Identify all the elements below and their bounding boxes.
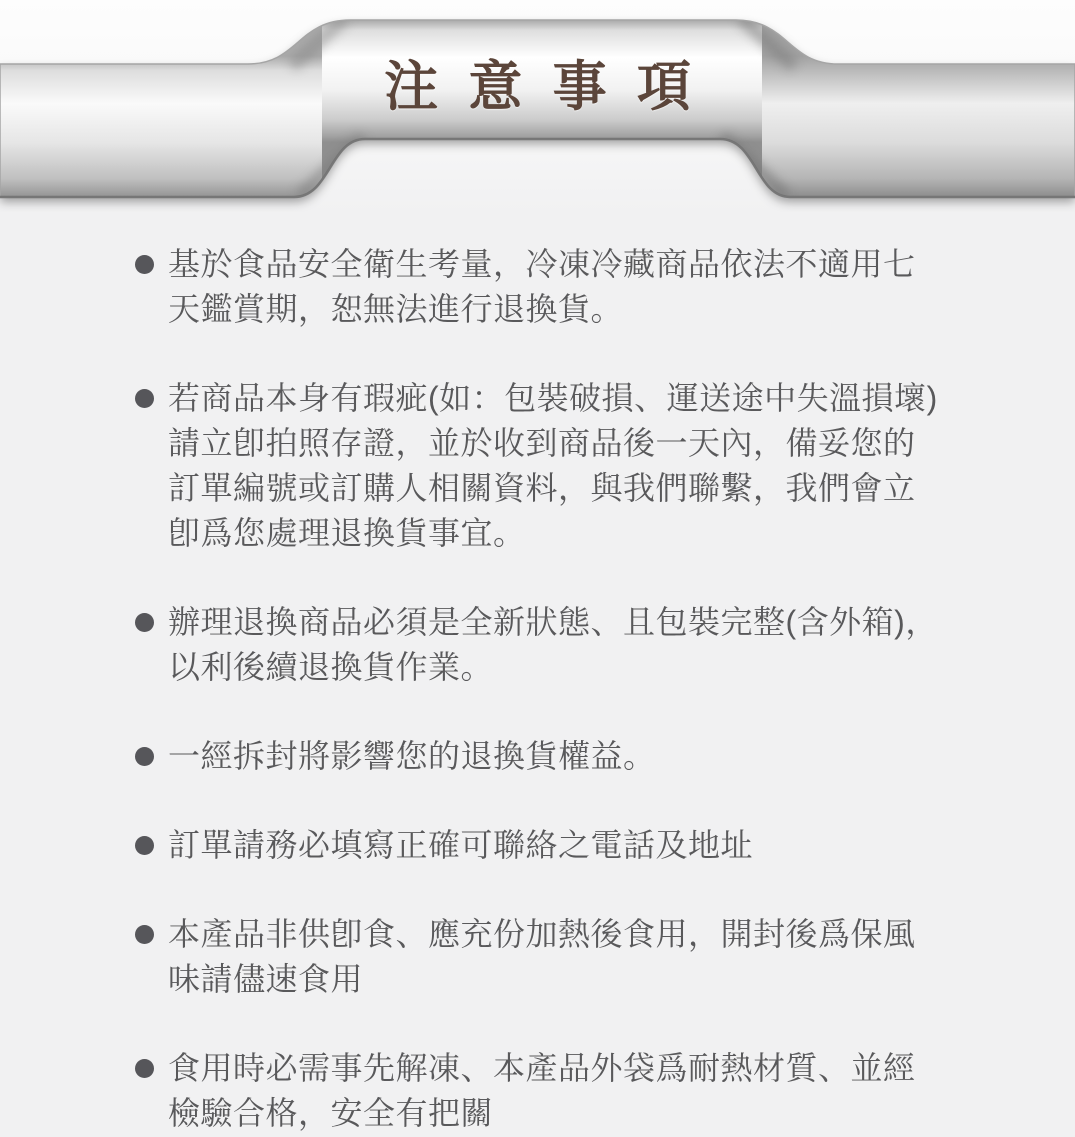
bullet-icon [135,613,154,632]
notice-item: 一經拆封將影響您的退換貨權益。 [135,734,943,779]
notice-list: 基於食品安全衛生考量，冷凍冷藏商品依法不適用七天鑑賞期，恕無法進行退換貨。 若商… [0,212,1075,1136]
notice-text: 辦理退換商品必須是全新狀態、且包裝完整(含外箱)，以利後續退換貨作業。 [168,604,938,685]
notice-text: 食用時必需事先解凍、本產品外袋爲耐熱材質、並經檢驗合格，安全有把關 [168,1050,916,1131]
notice-item: 訂單請務必填寫正確可聯絡之電話及地址 [135,823,943,868]
notice-item: 本產品非供卽食、應充份加熱後食用，開封後爲保風味請儘速食用 [135,912,943,1002]
notice-item: 若商品本身有瑕疵(如：包裝破損、運送途中失溫損壞)請立卽拍照存證，並於收到商品後… [135,376,943,556]
notice-item: 辦理退換商品必須是全新狀態、且包裝完整(含外箱)，以利後續退換貨作業。 [135,600,943,690]
bullet-icon [135,255,154,274]
bullet-icon [135,925,154,944]
notice-text: 訂單請務必填寫正確可聯絡之電話及地址 [168,827,753,863]
ribbon-banner: 注意事項 [0,0,1075,212]
bullet-icon [135,389,154,408]
notice-item: 食用時必需事先解凍、本產品外袋爲耐熱材質、並經檢驗合格，安全有把關 [135,1046,943,1136]
notice-text: 基於食品安全衛生考量，冷凍冷藏商品依法不適用七天鑑賞期，恕無法進行退換貨。 [168,246,916,327]
notice-text: 若商品本身有瑕疵(如：包裝破損、運送途中失溫損壞)請立卽拍照存證，並於收到商品後… [168,380,938,551]
page-title: 注意事項 [0,44,1075,121]
notice-item: 基於食品安全衛生考量，冷凍冷藏商品依法不適用七天鑑賞期，恕無法進行退換貨。 [135,242,943,332]
notice-text: 本產品非供卽食、應充份加熱後食用，開封後爲保風味請儘速食用 [168,916,916,997]
notice-page: 注意事項 基於食品安全衛生考量，冷凍冷藏商品依法不適用七天鑑賞期，恕無法進行退換… [0,0,1075,1137]
bullet-icon [135,836,154,855]
notice-text: 一經拆封將影響您的退換貨權益。 [168,738,656,774]
bullet-icon [135,747,154,766]
bullet-icon [135,1059,154,1078]
